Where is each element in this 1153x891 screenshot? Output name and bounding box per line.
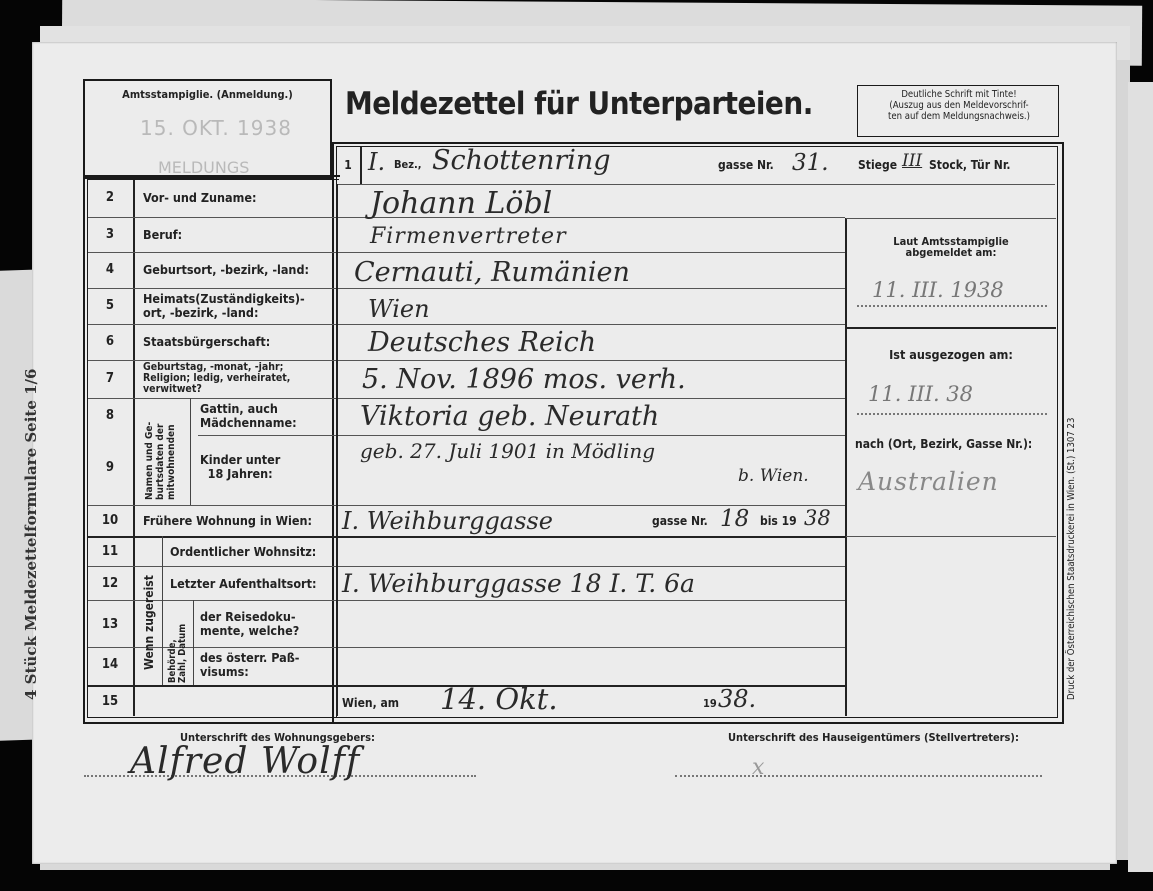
spouse-value: Viktoria geb. Neurath (360, 401, 659, 432)
gasse-label: gasse Nr. (652, 514, 708, 528)
destination-label: nach (Ort, Bezirk, Gasse Nr.): (855, 437, 1032, 451)
arrived-group-label: Wenn zugereist (142, 575, 156, 670)
dotted-rule (857, 305, 1047, 307)
paper-edge (1128, 82, 1153, 872)
authority-group-label: Behörde, Zahl, Datum (168, 624, 188, 683)
rule (198, 435, 336, 436)
street-value: Schottenring (432, 145, 611, 176)
rule (337, 435, 845, 436)
stiege-value: III (902, 151, 922, 171)
bis-label: bis 19 (760, 514, 797, 528)
citizenship-value: Deutsches Reich (368, 327, 596, 358)
children-value: geb. 27. Juli 1901 in Mödling (360, 439, 655, 463)
birthplace-value: Cernauti, Rumänien (354, 257, 630, 288)
instruction-line: ten auf dem Meldungsnachweis.) (858, 111, 1060, 122)
row-number: 5 (88, 298, 132, 313)
occupation-value: Firmenvertreter (370, 224, 567, 249)
date-value: 14. Okt. (440, 682, 558, 716)
stamp-imprint: 15. OKT. 1938 (140, 116, 292, 140)
row-number: 13 (88, 617, 132, 632)
row-label: Geburtsort, -bezirk, -land: (143, 263, 309, 277)
divider (193, 600, 194, 685)
row-label: Vor- und Zuname: (143, 191, 256, 205)
bis-year-value: 38 (804, 506, 831, 530)
row-number: 8 (88, 408, 132, 423)
district-value: I. (368, 148, 385, 176)
row-number: 14 (88, 657, 132, 672)
birthdate-religion-status-value: 5. Nov. 1896 mos. verh. (362, 364, 686, 395)
signature-line (675, 775, 1042, 777)
stiege-label: Stiege (858, 158, 897, 172)
rule (88, 647, 845, 648)
row-label: Geburtstag, -monat, -jahr; Religion; led… (143, 362, 290, 395)
rule (88, 324, 845, 325)
row-label: der Reisedoku- mente, welche? (200, 610, 299, 638)
house-number-value: 31. (792, 150, 829, 176)
row-number: 2 (88, 190, 132, 205)
gasse-label: gasse Nr. (718, 158, 774, 172)
children-value-continued: b. Wien. (738, 466, 809, 486)
rule (88, 600, 845, 601)
row-label: Letzter Aufenthaltsort: (170, 577, 316, 591)
stock-label: Stock, Tür Nr. (929, 158, 1011, 172)
row-label: Heimats(Zuständigkeits)- ort, -bezirk, -… (143, 292, 305, 320)
row-label: Frühere Wohnung in Wien: (143, 514, 312, 528)
number-column-divider (133, 180, 135, 716)
rule (846, 327, 1056, 329)
landlord-signature: Alfred Wolff (130, 741, 360, 782)
district-label: Bez., (394, 158, 422, 171)
instruction-line: (Auszug aus den Meldevorschrif- (858, 100, 1060, 111)
moved-out-date-value: 11. III. 38 (868, 382, 973, 406)
rule (88, 252, 845, 253)
row-number: 3 (88, 227, 132, 242)
name-value: Johann Löbl (370, 186, 552, 221)
rule (846, 536, 1056, 537)
row-label: Kinder unter 18 Jahren: (200, 453, 280, 481)
year-prefix: 19 (703, 697, 717, 710)
printer-note: Druck der Österreichischen Staatsdrucker… (1066, 418, 1077, 700)
right-panel-divider (845, 218, 847, 716)
row-label: Beruf: (143, 228, 182, 242)
row-number: 4 (88, 262, 132, 277)
date-label: Wien, am (342, 696, 399, 710)
row-number: 15 (88, 694, 132, 709)
deregistered-date-value: 11. III. 1938 (872, 278, 1004, 302)
row-label: Ordentlicher Wohnsitz: (170, 545, 316, 559)
side-note: 4 Stück Meldezettelformulare Seite 1/6 (22, 369, 40, 700)
owner-signature: x (752, 755, 764, 780)
moved-out-label: Ist ausgezogen am: (846, 347, 1056, 362)
divider (190, 398, 191, 505)
row-number: 7 (88, 371, 132, 386)
last-residence-value: I. Weihburggasse 18 I. T. 6a (342, 569, 695, 598)
form-title: Meldezettel für Unterparteien. (345, 86, 813, 122)
instruction-text: Deutliche Schrift mit Tinte! (Auszug aus… (858, 89, 1060, 122)
family-group-label: Namen und Ge- burtsdaten der mitwohnende… (144, 422, 177, 500)
row-label: Staatsbürgerschaft: (143, 335, 270, 349)
instruction-line: Deutliche Schrift mit Tinte! (858, 89, 1060, 100)
row-number: 10 (88, 513, 132, 528)
previous-house-number: 18 (720, 506, 749, 532)
row-label: des österr. Paß- visums: (200, 651, 299, 679)
dotted-rule (857, 413, 1047, 415)
owner-signature-label: Unterschrift des Hauseigentümers (Stellv… (728, 731, 1019, 744)
rule (88, 288, 845, 289)
home-municipality-value: Wien (368, 295, 430, 323)
stamp-box-label: Amtsstampiglie. (Anmeldung.) (83, 88, 332, 101)
row-number: 9 (88, 460, 132, 475)
year-value: 38. (718, 685, 756, 713)
previous-residence-value: I. Weihburggasse (342, 507, 553, 535)
deregistered-label: Laut Amtsstampiglie abgemeldet am: (846, 236, 1056, 258)
row-number: 11 (88, 544, 132, 559)
rule (846, 218, 1056, 219)
destination-value: Australien (858, 467, 999, 496)
row-number: 12 (88, 576, 132, 591)
row-number: 1 (330, 158, 366, 172)
value-column-divider (336, 184, 338, 716)
divider (162, 536, 163, 685)
row-number: 6 (88, 334, 132, 349)
rule (88, 566, 845, 567)
row-label: Gattin, auch Mädchenname: (200, 402, 297, 430)
rule (337, 184, 1055, 185)
rule (88, 536, 845, 538)
rule (88, 398, 845, 399)
